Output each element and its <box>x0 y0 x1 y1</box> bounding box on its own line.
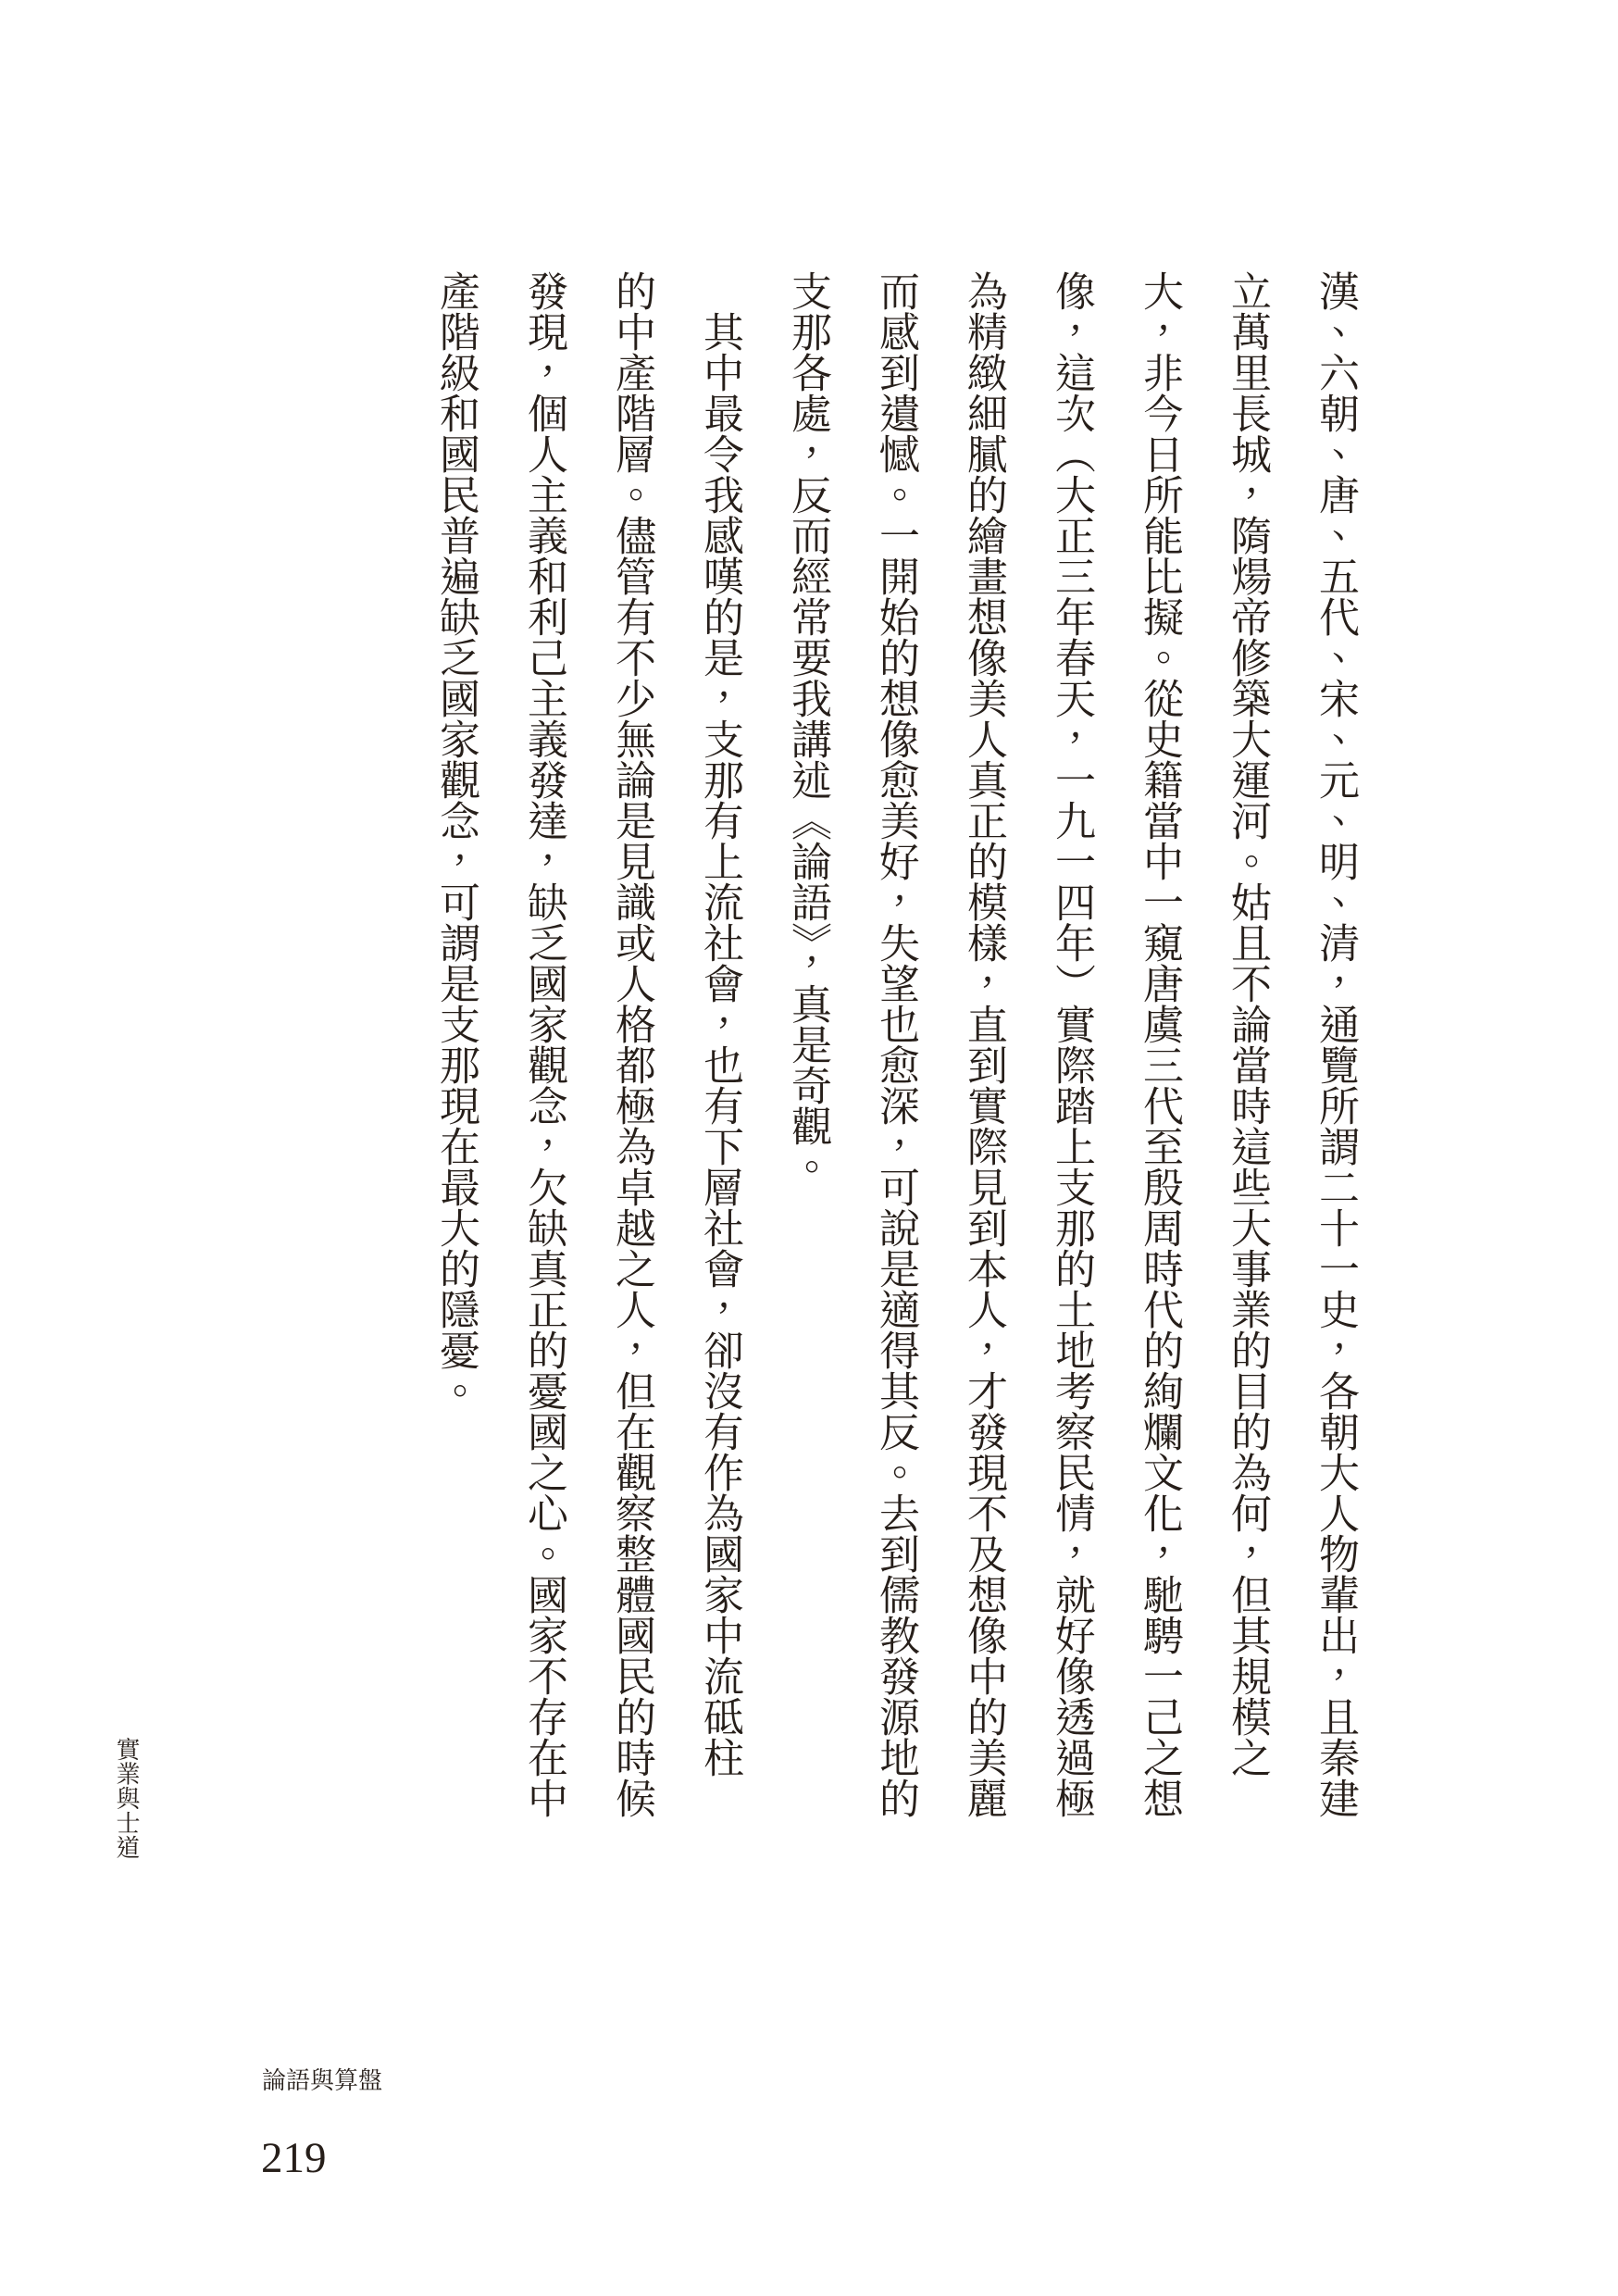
book-page: 漢、六朝、唐、五代、宋、元、明、清，通覽所謂二十一史，各朝大人物輩出，且秦建 立… <box>0 0 1618 2296</box>
text-column: 其中最令我感嘆的是，支那有上流社會，也有下層社會，卻沒有作為國家中流砥柱 <box>676 270 764 1822</box>
text-column: 為精緻細膩的繪畫想像美人真正的模樣，直到實際見到本人，才發現不及想像中的美麗 <box>940 270 1027 1822</box>
text-column: 立萬里長城，隋煬帝修築大運河。姑且不論當時這些大事業的目的為何，但其規模之 <box>1203 270 1291 1822</box>
text-column: 而感到遺憾。一開始的想像愈美好，失望也愈深，可說是適得其反。去到儒教發源地的 <box>852 270 940 1822</box>
text-column: 漢、六朝、唐、五代、宋、元、明、清，通覽所謂二十一史，各朝大人物輩出，且秦建 <box>1291 270 1379 1822</box>
paragraph: 漢、六朝、唐、五代、宋、元、明、清，通覽所謂二十一史，各朝大人物輩出，且秦建 立… <box>764 270 1379 1822</box>
text-column: 支那各處，反而經常要我講述《論語》，真是奇觀。 <box>764 270 852 1822</box>
text-column: 大，非今日所能比擬。從史籍當中一窺唐虞三代至殷周時代的絢爛文化，馳騁一己之想 <box>1115 270 1203 1822</box>
text-column: 的中產階層。儘管有不少無論是見識或人格都極為卓越之人，但在觀察整體國民的時候 <box>588 270 676 1822</box>
body-text: 漢、六朝、唐、五代、宋、元、明、清，通覽所謂二十一史，各朝大人物輩出，且秦建 立… <box>412 270 1379 1822</box>
text-column: 產階級和國民普遍缺乏國家觀念，可謂是支那現在最大的隱憂。 <box>412 270 500 1822</box>
running-head-chapter: 實業與士道 <box>112 1737 140 1860</box>
running-head-book-title: 論語與算盤 <box>262 2067 382 2095</box>
text-column: 像，這次（大正三年春天，一九一四年）實際踏上支那的土地考察民情，就好像透過極 <box>1027 270 1115 1822</box>
text-column: 發現，個人主義和利己主義發達，缺乏國家觀念，欠缺真正的憂國之心。國家不存在中 <box>500 270 588 1822</box>
page-number: 219 <box>261 2137 327 2180</box>
paragraph: 其中最令我感嘆的是，支那有上流社會，也有下層社會，卻沒有作為國家中流砥柱 的中產… <box>412 270 764 1822</box>
